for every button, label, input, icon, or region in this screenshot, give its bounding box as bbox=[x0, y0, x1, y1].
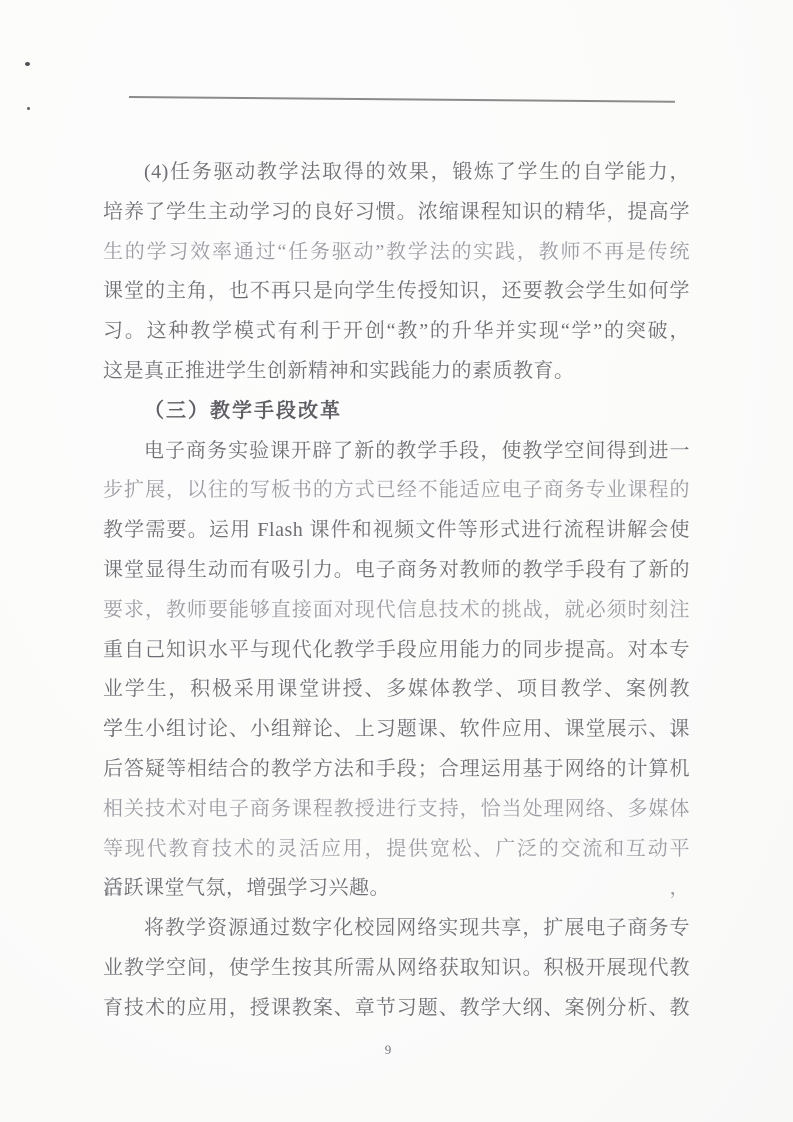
text-line: 学生小组讨论、小组辩论、上习题课、软件应用、课堂展示、课 bbox=[103, 710, 690, 750]
text-line: 要求，教师要能够直接面对现代信息技术的挑战，就必须时刻注 bbox=[103, 591, 690, 631]
text-line: 课堂显得生动而有吸引力。电子商务对教师的教学手段有了新的 bbox=[103, 551, 690, 591]
text-line: 重自己知识水平与现代化教学手段应用能力的同步提高。对本专 bbox=[103, 631, 690, 671]
ink-speck bbox=[27, 107, 30, 110]
document-body: (4)任务驱动教学法取得的效果，锻炼了学生的自学能力， 培养了学生主动学习的良好… bbox=[103, 153, 690, 1029]
text-line: 业学生，积极采用课堂讲授、多媒体教学、项目教学、案例教学、 bbox=[103, 670, 690, 710]
text-line: 电子商务实验课开辟了新的教学手段，使教学空间得到进一 bbox=[103, 432, 690, 472]
text-line: (4)任务驱动教学法取得的效果，锻炼了学生的自学能力， bbox=[103, 153, 690, 193]
text-line: 业教学空间，使学生按其所需从网络获取知识。积极开展现代教 bbox=[103, 949, 690, 989]
text-line: 后答疑等相结合的教学方法和手段；合理运用基于网络的计算机 bbox=[103, 750, 690, 790]
text-line: 生的学习效率通过“任务驱动”教学法的实践，教师不再是传统 bbox=[103, 233, 690, 273]
text-line: 课堂的主角，也不再只是向学生传授知识，还要教会学生如何学 bbox=[103, 272, 690, 312]
text-line: 育技术的应用，授课教案、章节习题、教学大纲、案例分析、教 bbox=[103, 989, 690, 1029]
text-line: 培养了学生主动学习的良好习惯。浓缩课程知识的精华，提高学 bbox=[103, 193, 690, 233]
page-number: 9 bbox=[376, 1042, 400, 1058]
text-line: 相关技术对电子商务课程教授进行支持，恰当处理网络、多媒体 bbox=[103, 790, 690, 830]
text-line: 等现代教育技术的灵活应用，提供宽松、广泛的交流和互动平台， bbox=[103, 830, 690, 870]
scanned-page: (4)任务驱动教学法取得的效果，锻炼了学生的自学能力， 培养了学生主动学习的良好… bbox=[0, 0, 793, 1122]
header-rule bbox=[129, 96, 675, 102]
text-line: 教学需要。运用 Flash 课件和视频文件等形式进行流程讲解会使 bbox=[103, 511, 690, 551]
text-line: 习。这种教学模式有利于开创“教”的升华并实现“学”的突破， bbox=[103, 312, 690, 352]
text-line: 步扩展，以往的写板书的方式已经不能适应电子商务专业课程的 bbox=[103, 471, 690, 511]
text-line: 将教学资源通过数字化校园网络实现共享，扩展电子商务专 bbox=[103, 909, 690, 949]
text-line: 这是真正推进学生创新精神和实践能力的素质教育。 bbox=[103, 352, 690, 392]
ink-speck bbox=[25, 62, 30, 66]
section-heading: （三）教学手段改革 bbox=[103, 392, 690, 432]
